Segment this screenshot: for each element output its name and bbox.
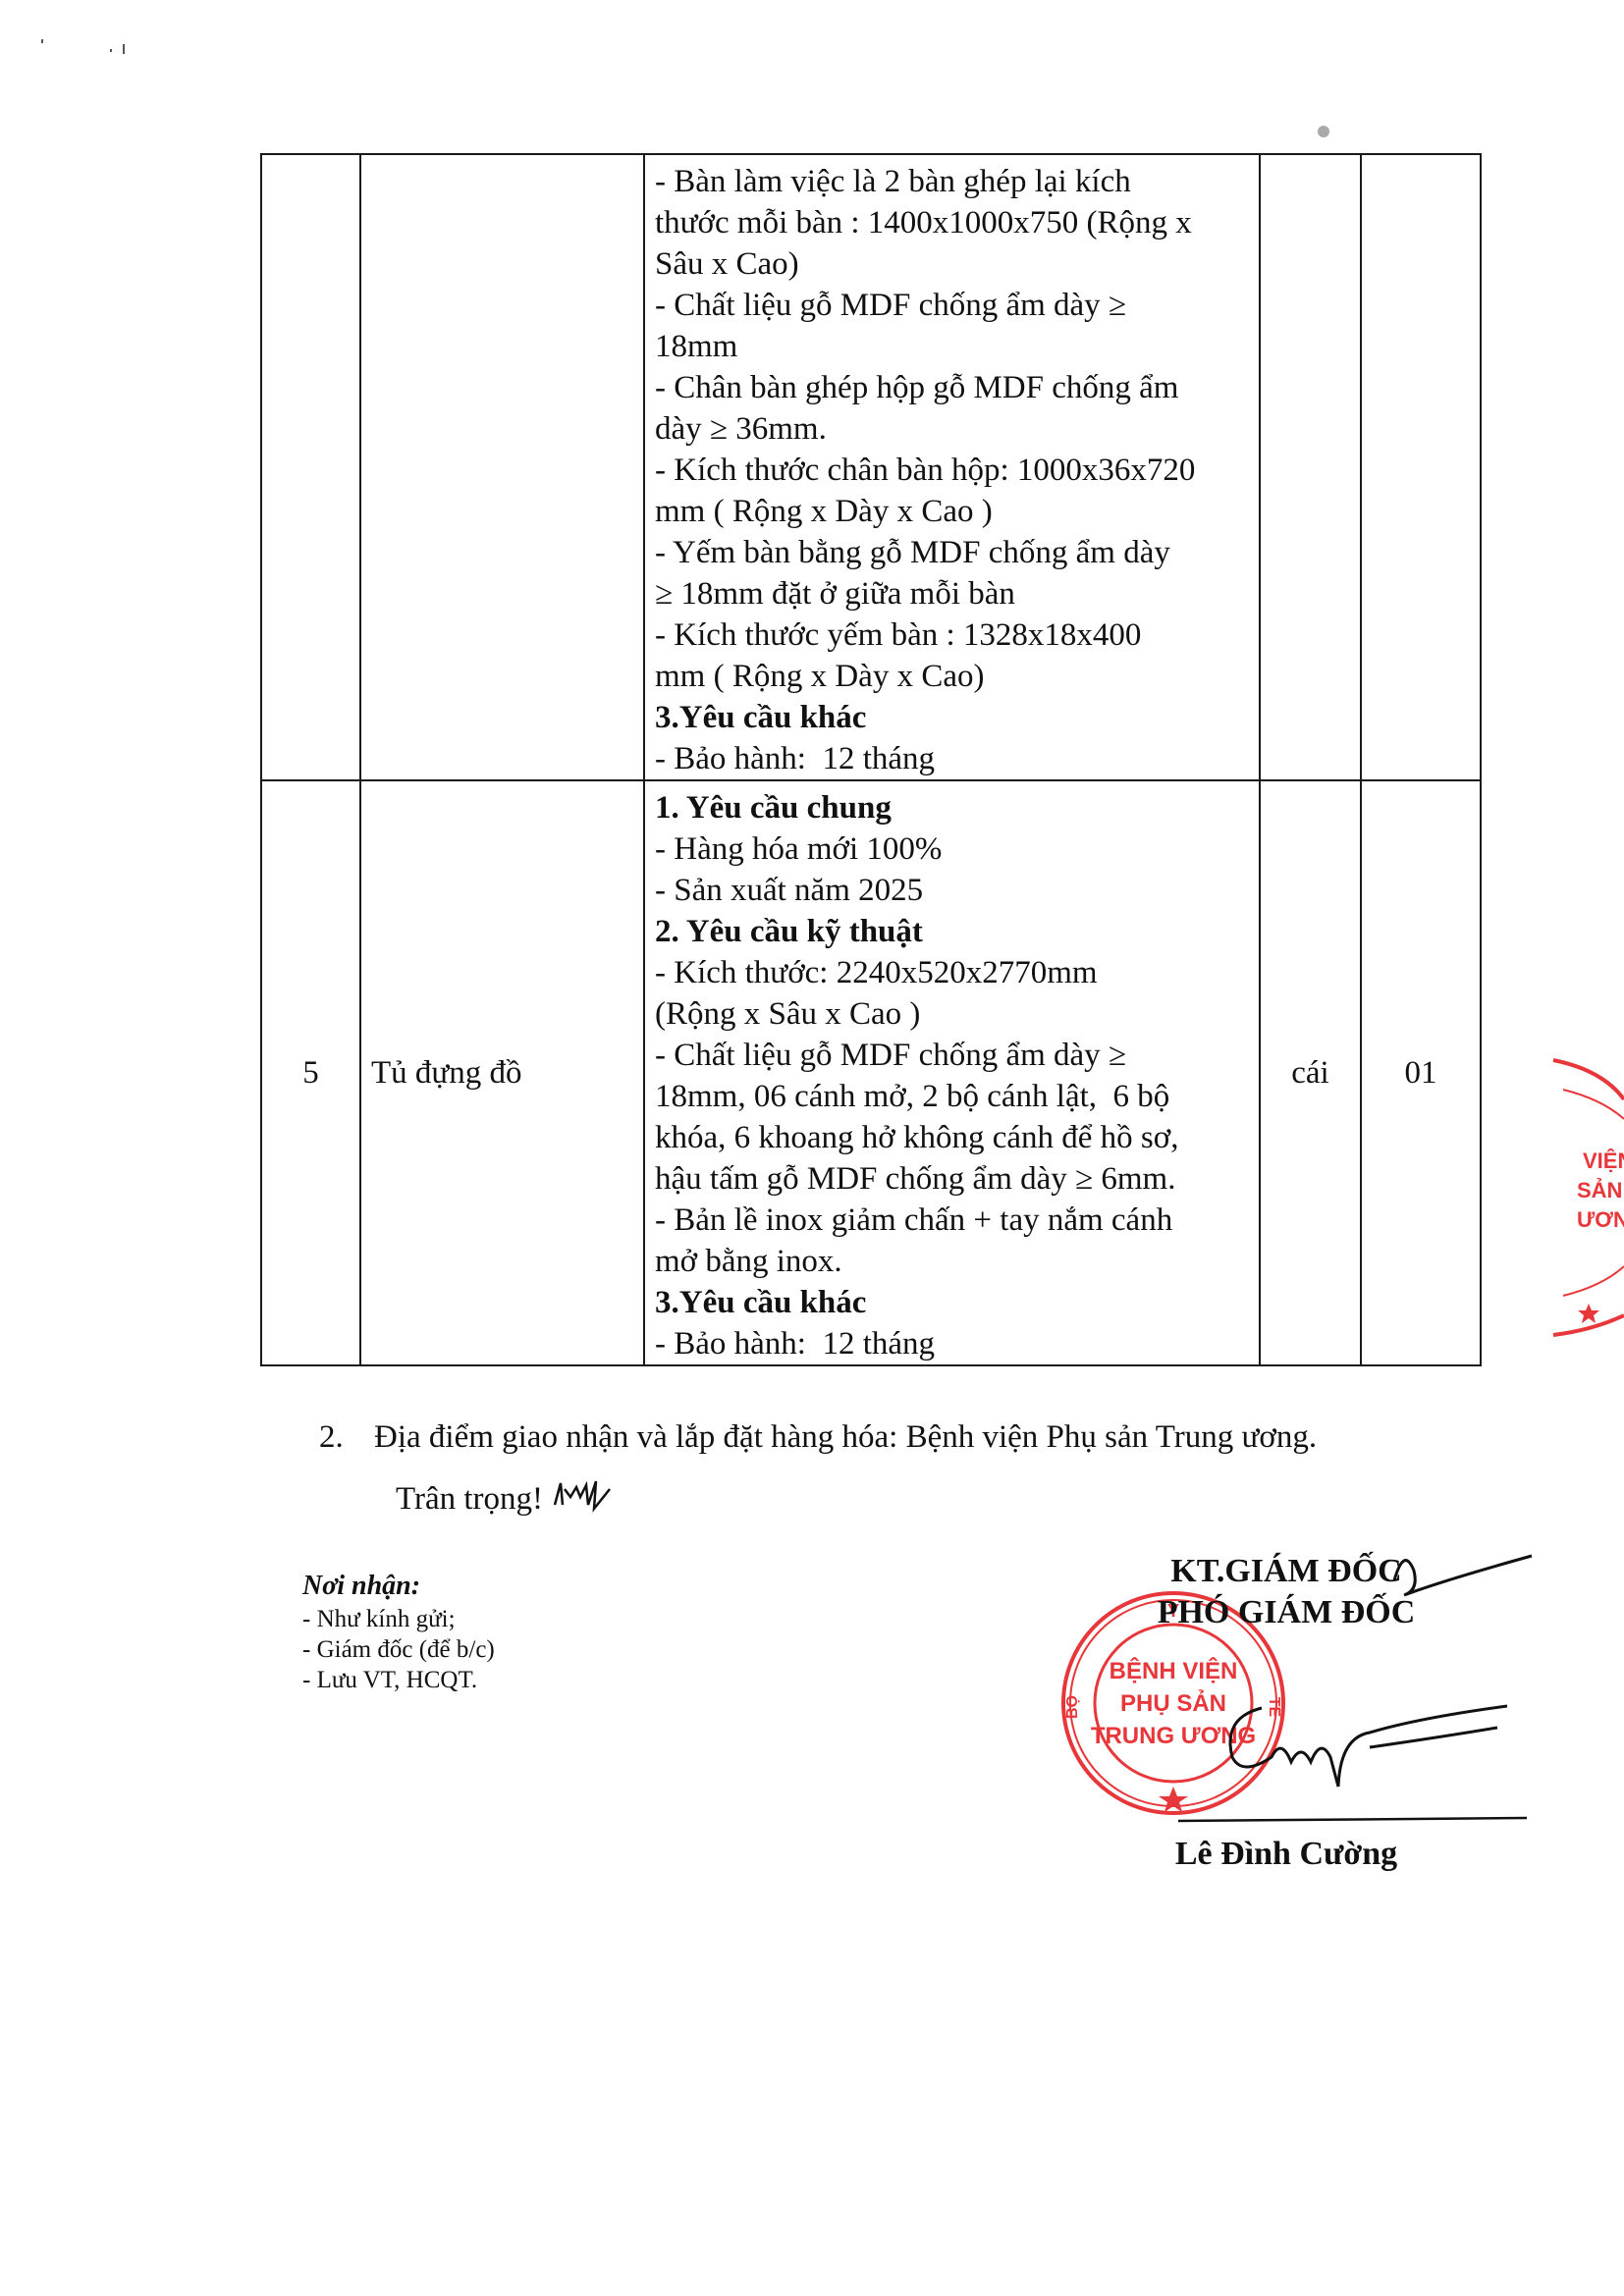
recipient-item: - Giám đốc (để b/c) [302, 1634, 495, 1665]
description-line: - Bảo hành: 12 tháng [655, 738, 1249, 779]
item-quantity-cell [1361, 154, 1481, 780]
closing-regards: Trân trọng! [396, 1475, 629, 1518]
item-name-cell [360, 154, 644, 780]
signer-name: Lê Đình Cường [1100, 1836, 1473, 1873]
signature-mark-icon [1384, 1541, 1542, 1610]
specification-table: - Bàn làm việc là 2 bàn ghép lại kíchthư… [260, 153, 1482, 1366]
item-description-cell: 1. Yêu cầu chung- Hàng hóa mới 100%- Sản… [644, 780, 1260, 1365]
document-page: - Bàn làm việc là 2 bàn ghép lại kíchthư… [0, 0, 1624, 2296]
item-name-cell: Tủ đựng đồ [360, 780, 644, 1365]
item-description-cell: - Bàn làm việc là 2 bàn ghép lại kíchthư… [644, 154, 1260, 780]
description-line: - Bản lề inox giảm chấn + tay nắm cánh [655, 1200, 1249, 1241]
table-row: 5Tủ đựng đồ1. Yêu cầu chung- Hàng hóa mớ… [261, 780, 1481, 1365]
scan-speck [110, 49, 112, 52]
initials-scribble-icon [551, 1475, 629, 1515]
item-quantity-cell: 01 [1361, 780, 1481, 1365]
svg-text:BỘ: BỘ [1062, 1695, 1081, 1719]
item-unit-cell [1260, 154, 1361, 780]
description-heading: 2. Yêu cầu kỹ thuật [655, 911, 1249, 952]
recipients-block: Nơi nhận: - Như kính gửi; - Giám đốc (để… [302, 1569, 495, 1695]
description-line: - Kích thước yếm bàn : 1328x18x400 [655, 614, 1249, 656]
description-line: - Hàng hóa mới 100% [655, 828, 1249, 870]
description-heading: 3.Yêu cầu khác [655, 1282, 1249, 1323]
description-line: hậu tấm gỗ MDF chống ẩm dày ≥ 6mm. [655, 1158, 1249, 1200]
description-line: - Bảo hành: 12 tháng [655, 1323, 1249, 1364]
description-line: dày ≥ 36mm. [655, 408, 1249, 450]
description-line: mở bằng inox. [655, 1241, 1249, 1282]
scan-speck [41, 39, 43, 43]
description-line: ≥ 18mm đặt ở giữa mỗi bàn [655, 573, 1249, 614]
item-number-cell [261, 154, 360, 780]
description-line: (Rộng x Sâu x Cao ) [655, 993, 1249, 1035]
description-heading: 1. Yêu cầu chung [655, 787, 1249, 828]
delivery-number: 2. [319, 1414, 374, 1461]
description-line: 18mm [655, 326, 1249, 367]
description-line: - Sản xuất năm 2025 [655, 870, 1249, 911]
description-heading: 3.Yêu cầu khác [655, 697, 1249, 738]
description-line: mm ( Rộng x Dày x Cao) [655, 656, 1249, 697]
description-line: - Chất liệu gỗ MDF chống ẩm dày ≥ [655, 1035, 1249, 1076]
svg-text:SẢN: SẢN [1577, 1178, 1622, 1202]
description-line: 18mm, 06 cánh mở, 2 bộ cánh lật, 6 bộ [655, 1076, 1249, 1117]
description-line: Sâu x Cao) [655, 243, 1249, 285]
scan-speck [123, 44, 125, 54]
closing-text: Trân trọng! [396, 1481, 543, 1517]
item-unit-cell: cái [1260, 780, 1361, 1365]
handwritten-signature-icon [1222, 1698, 1537, 1806]
description-line: - Yếm bàn bằng gỗ MDF chống ẩm dày [655, 532, 1249, 573]
description-line: mm ( Rộng x Dày x Cao ) [655, 491, 1249, 532]
description-line: - Kích thước chân bàn hộp: 1000x36x720 [655, 450, 1249, 491]
description-line: thước mỗi bàn : 1400x1000x750 (Rộng x [655, 202, 1249, 243]
svg-text:PHỤ SẢN: PHỤ SẢN [1120, 1688, 1226, 1717]
svg-text:ƯƠN: ƯƠN [1577, 1207, 1624, 1232]
description-line: - Kích thước: 2240x520x2770mm [655, 952, 1249, 993]
description-line: - Chân bàn ghép hộp gỗ MDF chống ẩm [655, 367, 1249, 408]
signature-underline [1178, 1816, 1532, 1826]
svg-text:VIỆN: VIỆN [1583, 1148, 1624, 1173]
scan-speck [1318, 126, 1329, 137]
description-line: - Chất liệu gỗ MDF chống ẩm dày ≥ [655, 285, 1249, 326]
description-line: khóa, 6 khoang hở không cánh để hồ sơ, [655, 1117, 1249, 1158]
table-row: - Bàn làm việc là 2 bàn ghép lại kíchthư… [261, 154, 1481, 780]
svg-text:BỆNH VIỆN: BỆNH VIỆN [1110, 1657, 1238, 1684]
item-number-cell: 5 [261, 780, 360, 1365]
description-line: - Bàn làm việc là 2 bàn ghép lại kích [655, 161, 1249, 202]
delivery-location: 2.Địa điểm giao nhận và lắp đặt hàng hóa… [319, 1414, 1317, 1461]
recipient-item: - Như kính gửi; [302, 1604, 495, 1634]
delivery-text: Địa điểm giao nhận và lắp đặt hàng hóa: … [374, 1419, 1317, 1455]
recipient-item: - Lưu VT, HCQT. [302, 1665, 495, 1695]
partial-page-seal: VIỆN SẢN ƯƠN [1543, 1050, 1624, 1345]
recipients-title: Nơi nhận: [302, 1569, 495, 1604]
